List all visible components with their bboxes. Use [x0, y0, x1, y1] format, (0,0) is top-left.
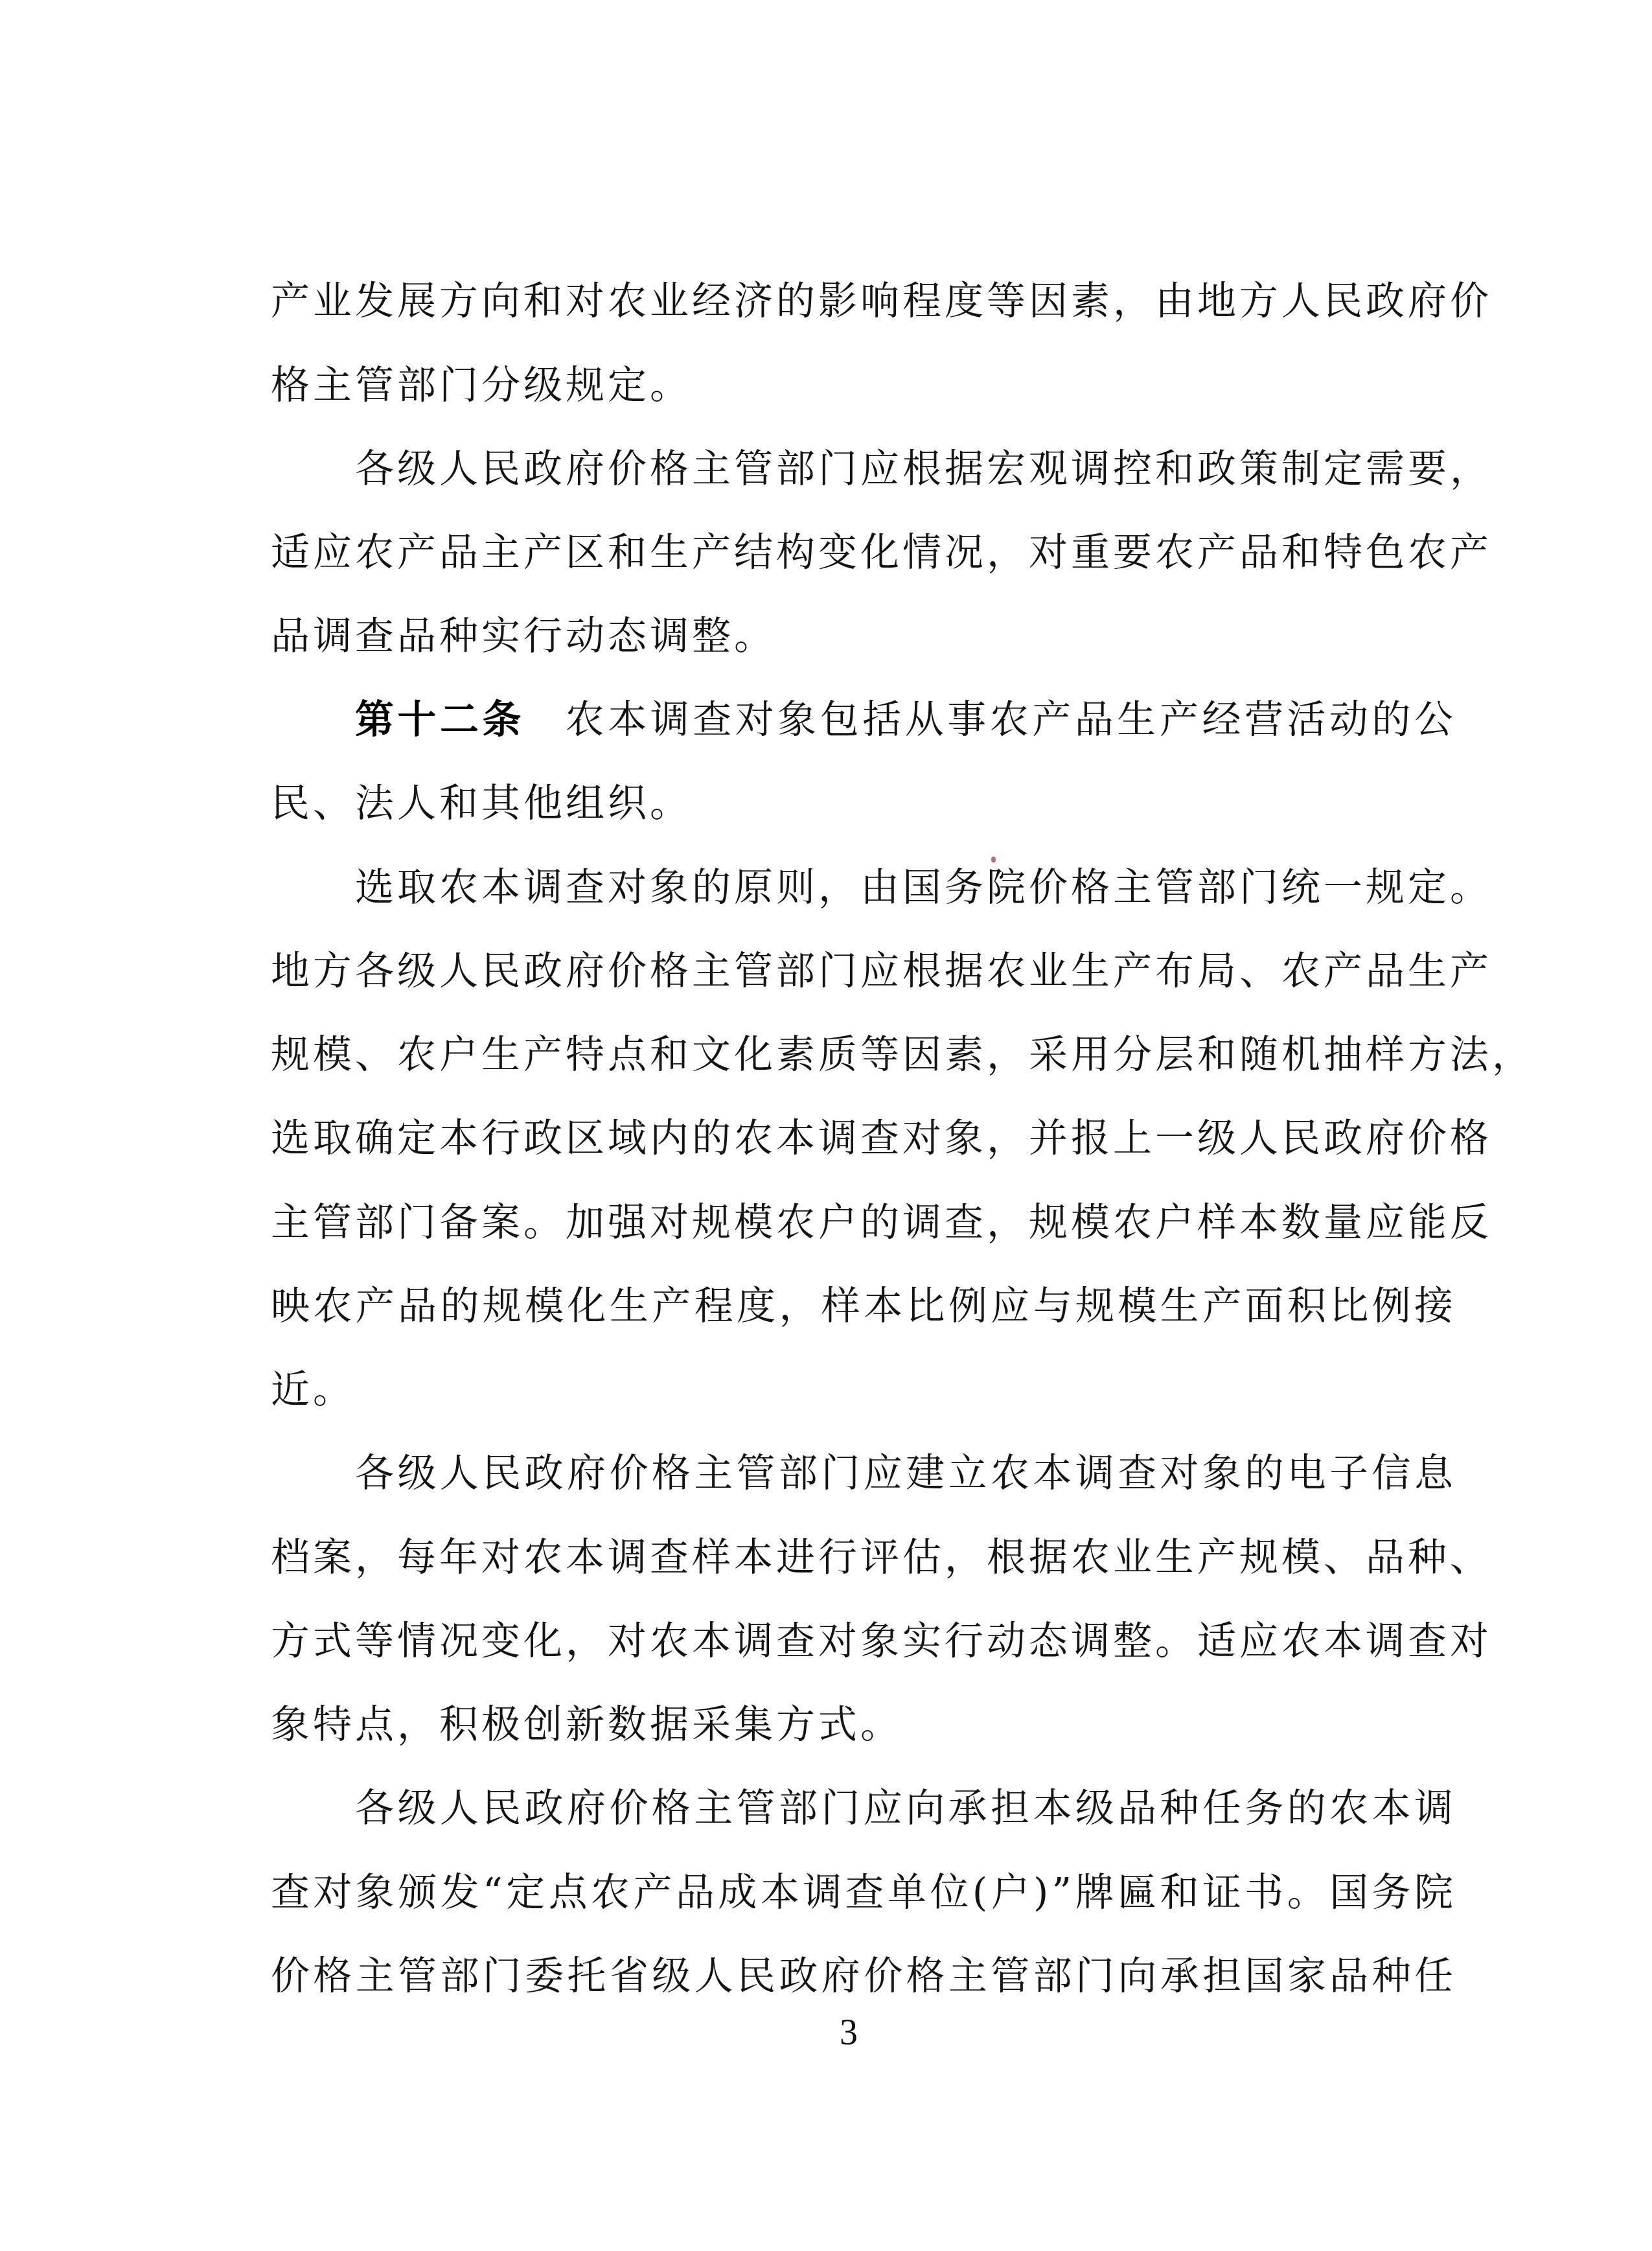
text-line: 地方各级人民政府价格主管部门应根据农业生产布局、农产品生产	[271, 945, 1456, 997]
paragraph-start-line: 各级人民政府价格主管部门应根据宏观调控和政策制定需要，	[355, 443, 1456, 495]
text-line: 选取确定本行政区域内的农本调查对象，并报上一级人民政府价格	[271, 1113, 1456, 1164]
paragraph-start-line: 选取农本调查对象的原则，由国务院价格主管部门统一规定。	[355, 862, 1456, 914]
article-line: 第十二条农本调查对象包括从事农产品生产经营活动的公	[355, 694, 1456, 746]
text-line: 查对象颁发“定点农产品成本调查单位(户)”牌匾和证书。国务院	[271, 1867, 1456, 1919]
page-number: 3	[823, 2012, 875, 2053]
text-line: 适应农产品主产区和生产结构变化情况，对重要农产品和特色农产	[271, 527, 1456, 579]
text-line: 民、法人和其他组织。	[271, 778, 1456, 829]
text-line: 品调查品种实行动态调整。	[271, 610, 1456, 662]
text-line: 象特点，积极创新数据采集方式。	[271, 1699, 1456, 1751]
paragraph-start-line: 各级人民政府价格主管部门应向承担本级品种任务的农本调	[355, 1783, 1456, 1834]
article-text: 农本调查对象包括从事农产品生产经营活动的公	[565, 697, 1456, 743]
scan-speck-mark	[991, 857, 996, 862]
text-line: 价格主管部门委托省级人民政府价格主管部门向承担国家品种任	[271, 1950, 1456, 2002]
text-line: 主管部门备案。加强对规模农户的调查，规模农户样本数量应能反	[271, 1197, 1456, 1249]
text-line: 映农产品的规模化生产程度，样本比例应与规模生产面积比例接	[271, 1280, 1456, 1332]
text-line: 档案，每年对农本调查样本进行评估，根据农业生产规模、品种、	[271, 1532, 1456, 1584]
text-line: 方式等情况变化，对农本调查对象实行动态调整。适应农本调查对	[271, 1615, 1456, 1667]
text-line: 格主管部门分级规定。	[271, 360, 1456, 411]
text-line: 近。	[271, 1364, 1456, 1416]
text-line: 产业发展方向和对农业经济的影响程度等因素，由地方人民政府价	[271, 275, 1456, 327]
document-page: 产业发展方向和对农业经济的影响程度等因素，由地方人民政府价 格主管部门分级规定。…	[0, 0, 1652, 2251]
text-line: 规模、农户生产特点和文化素质等因素，采用分层和随机抽样方法，	[271, 1029, 1456, 1081]
paragraph-start-line: 各级人民政府价格主管部门应建立农本调查对象的电子信息	[355, 1448, 1456, 1499]
article-heading: 第十二条	[355, 697, 525, 743]
